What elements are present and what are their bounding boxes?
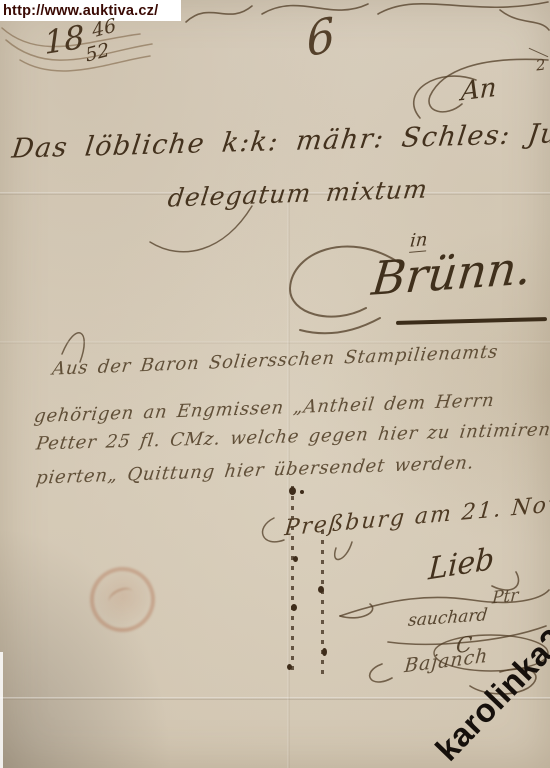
address-line-1: Das löbliche k:k: mähr: Schles: Ju [10,120,550,162]
body-line: Petter 25 fl. CMz. welche gegen hier zu … [35,420,550,453]
ink-blot [322,648,327,656]
descender-flourish [150,206,252,252]
ink-blot [289,487,296,495]
postal-stamp [90,567,155,632]
body-line: Aus der Baron Soliersschen Stampilienamt… [51,343,499,378]
ink-blot [291,604,297,611]
watermark-seller: karolinka2 [428,621,550,768]
body-line: gehörigen an Engmissen „Antheil dem Herr… [33,392,496,426]
signature: Ptr [491,588,518,608]
top-edge-cutoff-strokes [186,2,549,30]
signature: Lieb [428,544,495,585]
address-line-2: delegatum mixtum [167,176,430,210]
docket-year-top: 46 [91,16,118,41]
scanned-letter-page: http://www.auktiva.cz/ 184652 6 2 An Das… [0,0,550,768]
watermark-url-link[interactable]: http://www.auktiva.cz/ [3,3,158,19]
docket-year-bottom: 52 [84,40,111,65]
address-salutation: An [460,75,497,106]
dateline: Preßburg am 21. Nov [284,494,550,541]
scan-edge [0,652,3,768]
watermark-url-band: http://www.auktiva.cz/ [0,0,181,21]
signature: Bajanch [403,647,489,677]
ink-blot [300,490,304,494]
signature: sauchard [407,607,488,630]
vertical-fold-crease [287,200,290,768]
ink-blot [293,556,298,562]
address-city: Brünn. [370,244,534,302]
city-underline [396,317,547,325]
docket-prefix: 18 [43,17,85,62]
body-line: pierten„ Quittung hier übersendet werden… [35,454,475,487]
margin-mark: 2 [535,58,546,74]
postal-stamp-marks [106,584,136,609]
folio-number: 6 [305,10,337,64]
ink-blot [318,586,324,593]
ink-blot [287,664,292,670]
docket-number: 184652 [43,17,107,69]
ink-seep-line [321,530,324,680]
